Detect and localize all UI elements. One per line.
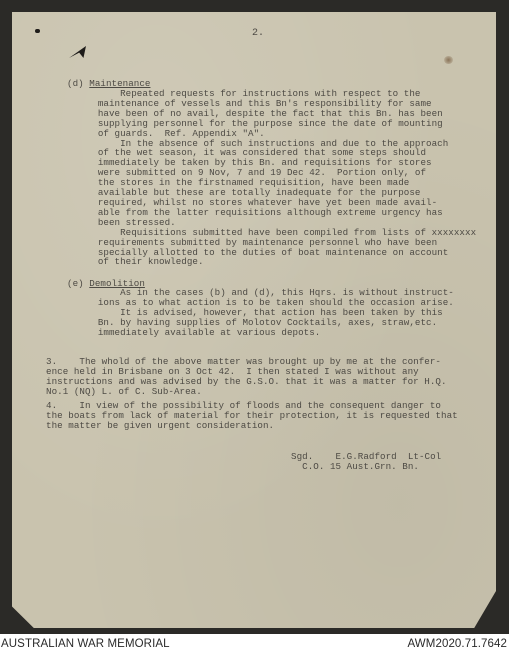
- signature-line: C.O. 15 Aust.Grn. Bn.: [291, 462, 441, 472]
- page-number: 2.: [252, 29, 264, 39]
- text-line: of their knowledge.: [70, 257, 476, 267]
- text-line: No.1 (NQ) L. of C. Sub-Area.: [46, 387, 447, 397]
- signature-block: Sgd. E.G.Radford Lt-Col C.O. 15 Aust.Grn…: [291, 452, 441, 472]
- ink-blot: [35, 29, 40, 33]
- paragraph-3: 3. The whold of the above matter was bro…: [46, 357, 447, 397]
- footer-accession-number: AWM2020.71.7642: [407, 638, 507, 650]
- section-d-body: Repeated requests for instructions with …: [70, 89, 476, 267]
- text-line: the matter be given urgent consideration…: [46, 421, 458, 431]
- footer-institution: AUSTRALIAN WAR MEMORIAL: [1, 638, 170, 650]
- paper-stain: [444, 56, 453, 64]
- section-e-body: As in the cases (b) and (d), this Hqrs. …: [70, 288, 454, 338]
- paragraph-4: 4. In view of the possibility of floods …: [46, 401, 458, 431]
- text-line: immediately available at various depots.: [70, 328, 454, 338]
- text-line: requirements submitted by maintenance pe…: [70, 238, 476, 248]
